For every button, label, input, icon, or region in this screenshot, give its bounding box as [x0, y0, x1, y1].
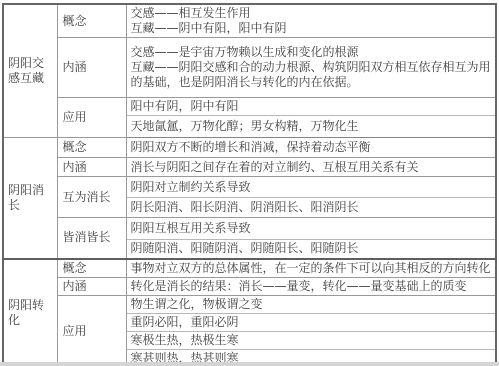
content-cell: 阴长阳消、阳长阴消、阴消阳长、阳消阴长: [126, 198, 496, 218]
content-cell: 重阴必阳，重阳必阴: [126, 313, 496, 331]
content-line: 交感——相互发生作用: [131, 6, 493, 21]
content-cell: 阴随阳消、阳随阴消、阴随阳长、阳随阴长: [126, 240, 496, 259]
yinyang-theory-table: 阴阳交感互藏 概念 交感——相互发生作用 互藏——阴中有阳，阳中有阴 内涵 交感…: [2, 3, 497, 366]
content-cell: 事物对立双方的总体属性，在一定的条件下可以向其相反的方向转化: [126, 259, 496, 278]
section-label-jiaogan-hucang: 阴阳交感互藏: [3, 4, 57, 138]
row-label-neihan: 内涵: [57, 38, 126, 98]
row-label-gainian: 概念: [57, 4, 126, 38]
row-label-neihan: 内涵: [57, 277, 126, 295]
content-cell: 交感——是宇宙万物赖以生成和变化的根源 互藏——阴阳交感和合的动力根源、构筑阴阳…: [126, 38, 496, 98]
section-label-zhuanhua: 阴阳转化: [3, 259, 57, 366]
content-cell: 阴阳对立制约关系导致: [126, 177, 496, 198]
row-label-gainian: 概念: [57, 259, 126, 278]
bottom-gray-strip: [0, 362, 499, 366]
page-root: 阴阳交感互藏 概念 交感——相互发生作用 互藏——阴中有阳，阳中有阴 内涵 交感…: [0, 0, 499, 366]
row-label-yingyong: 应用: [57, 98, 126, 138]
content-line: 互藏——阴中有阳，阳中有阴: [131, 21, 493, 36]
content-cell: 交感——相互发生作用 互藏——阴中有阳，阳中有阴: [126, 4, 496, 38]
content-cell: 转化是消长的结果：消长——量变，转化——量变基础上的质变: [126, 277, 496, 295]
content-cell: 寒极生热，热极生寒: [126, 331, 496, 349]
section-label-xiaozhang: 阴阳消长: [3, 138, 57, 259]
row-label-gainian: 概念: [57, 138, 126, 158]
content-cell: 阴阳互根互用关系导致: [126, 218, 496, 240]
content-line: 互藏——阴阳交感和合的动力根源、构筑阴阳双方相互依存相互为用的基础，也是阴阳消长…: [131, 60, 493, 90]
content-cell: 物生谓之化，物极谓之变: [126, 295, 496, 313]
row-label-neihan: 内涵: [57, 158, 126, 177]
content-cell: 天地氤氲，万物化醇；男女构精，万物化生: [126, 116, 496, 138]
row-label-jiexiao-jiezhang: 皆消皆长: [57, 218, 126, 259]
content-cell: 消长与阴阳之间存在着的对立制约、互根互用关系有关: [126, 158, 496, 177]
content-cell: 阴阳双方不断的增长和消减，保持着动态平衡: [126, 138, 496, 158]
row-label-huwei-xiaozhang: 互为消长: [57, 177, 126, 218]
content-cell: 阳中有阴，阴中有阳: [126, 98, 496, 116]
content-line: 交感——是宇宙万物赖以生成和变化的根源: [131, 45, 493, 60]
row-label-yingyong: 应用: [57, 295, 126, 366]
